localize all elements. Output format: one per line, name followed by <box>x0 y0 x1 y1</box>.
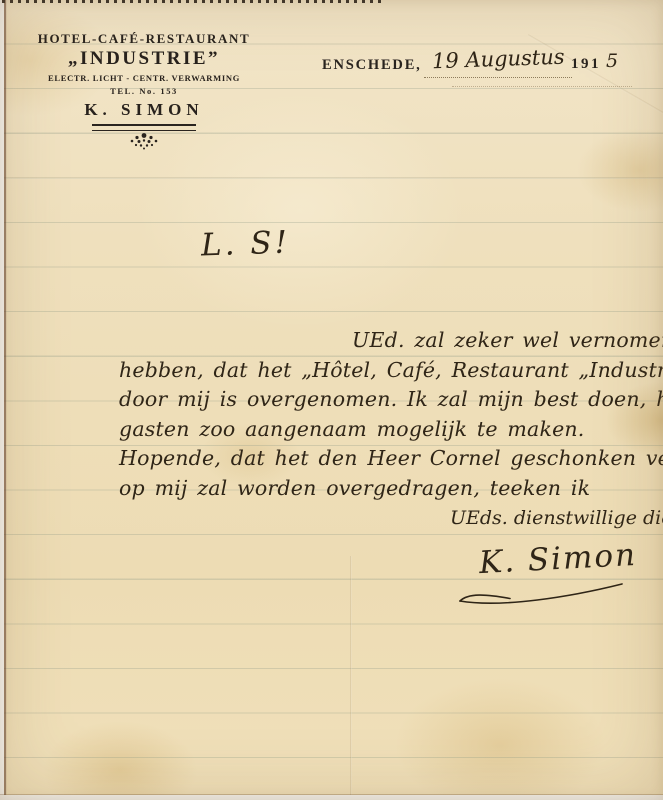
dateline-city: ENSCHEDE, <box>322 57 422 74</box>
letterhead-proprietor: K. SIMON <box>28 100 260 120</box>
dateline-printed-year: 191 <box>571 56 601 73</box>
body-line: op mij zal worden overgedragen, teeken i… <box>119 474 663 504</box>
dateline-handwritten-date: 19 Augustus <box>432 45 565 74</box>
scan-edge-bottom <box>0 793 663 800</box>
body-line: Hopende, dat het den Heer Cornel geschon… <box>119 444 663 474</box>
letterhead-amenities: ELECTR. LICHT - CENTR. VERWARMING <box>28 73 260 83</box>
body-line: door mij is overgenomen. Ik zal mijn bes… <box>119 385 663 415</box>
letterhead: HOTEL-CAFÉ-RESTAURANT „INDUSTRIE” ELECTR… <box>28 31 260 150</box>
body-line: gasten zoo aangenaam mogelijk te maken. <box>119 415 663 445</box>
letter-body: UEd. zal zeker wel vernomen hebben, dat … <box>119 326 663 504</box>
letterhead-double-rule <box>92 124 196 131</box>
signature-flourish-icon <box>452 581 630 609</box>
deckle-edge-top <box>2 0 382 3</box>
salutation: L. S! <box>200 224 290 263</box>
scan-edge-left <box>0 0 7 800</box>
letterhead-business-type: HOTEL-CAFÉ-RESTAURANT <box>28 31 260 47</box>
dateline-dotted-rule-lower <box>452 86 632 87</box>
signature: K. Simon <box>478 537 638 581</box>
body-line: UEd. zal zeker wel vernomen <box>119 326 663 356</box>
body-line: hebben, dat het „Hôtel, Café, Restaurant… <box>119 356 663 386</box>
scanned-letter-page: HOTEL-CAFÉ-RESTAURANT „INDUSTRIE” ELECTR… <box>0 0 663 800</box>
dateline-handwritten-year-digit: 5 <box>606 50 618 72</box>
dateline-dotted-rule <box>424 77 572 78</box>
letterhead-telephone: TEL. No. 153 <box>28 86 260 96</box>
letterhead-business-name: „INDUSTRIE” <box>28 48 260 70</box>
vertical-fold-crease <box>350 556 352 800</box>
letterhead-ornament-icon <box>124 132 164 150</box>
horizontal-fold-crease <box>0 177 663 179</box>
closing-line: UEds. dienstwillige dienaar <box>450 507 663 529</box>
